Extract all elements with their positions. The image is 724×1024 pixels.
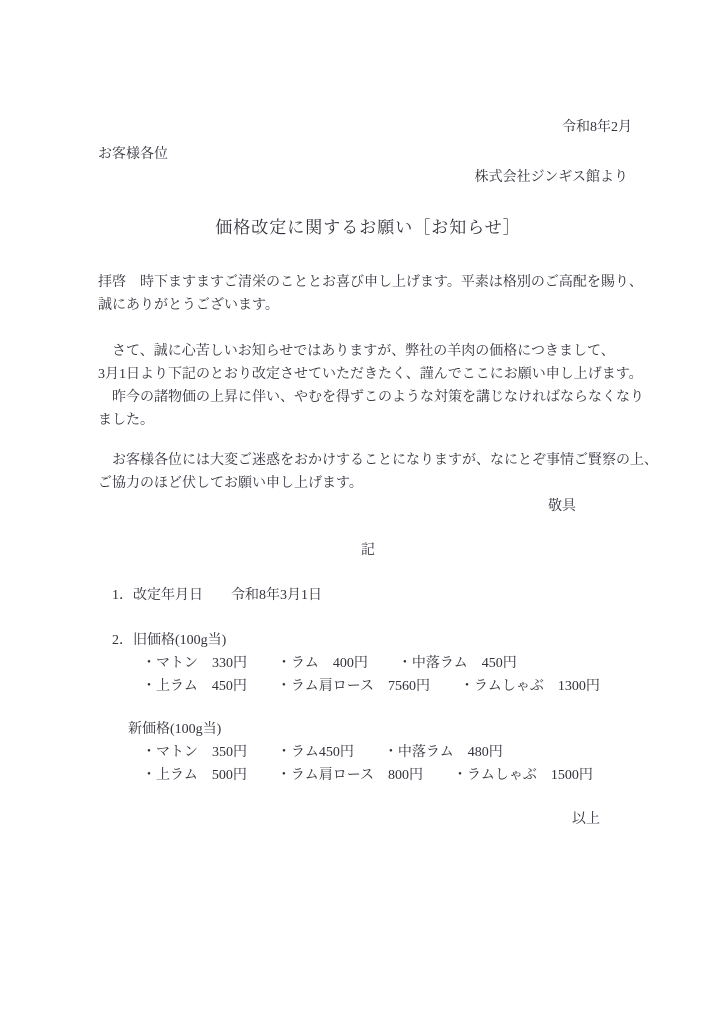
closing-line-2: ご協力のほど伏してお願い申し上げます。 bbox=[98, 472, 638, 495]
record-marker: 記 bbox=[98, 539, 638, 562]
revision-date-value: 令和8年3月1日 bbox=[231, 588, 322, 603]
price-item: ・中落ラム 480円 bbox=[384, 741, 503, 764]
letter-date: 令和8年2月 bbox=[98, 116, 638, 139]
new-price-row-1: ・マトン 350円 ・ラム450円 ・中落ラム 480円 bbox=[98, 741, 638, 764]
new-price-row-2: ・上ラム 500円 ・ラム肩ロース 800円 ・ラムしゃぶ 1500円 bbox=[98, 764, 638, 787]
price-item: ・中落ラム 450円 bbox=[398, 652, 517, 675]
new-price-heading: 新価格(100g当) bbox=[98, 718, 638, 741]
price-item: ・マトン 350円 bbox=[142, 741, 247, 764]
end-word: 以上 bbox=[98, 808, 638, 831]
closing-paragraph: お客様各位には大変ご迷惑をおかけすることになりますが、なにとぞ事情ご賢察の上、 … bbox=[98, 449, 638, 495]
old-price-heading: 2．旧価格(100g当) bbox=[98, 629, 638, 652]
greeting-line-1: 拝啓 時下ますますご清栄のこととお喜び申し上げます。平素は格別のご高配を賜り、 bbox=[98, 271, 638, 294]
body-line-1: さて、誠に心苦しいお知らせではありますが、弊社の羊肉の価格につきまして、 bbox=[98, 340, 638, 363]
price-item: ・ラム450円 bbox=[277, 741, 354, 764]
closing-line-1: お客様各位には大変ご迷惑をおかけすることになりますが、なにとぞ事情ご賢察の上、 bbox=[98, 449, 638, 472]
old-price-section: 2．旧価格(100g当) ・マトン 330円 ・ラム 400円 ・中落ラム 45… bbox=[98, 629, 638, 698]
price-item: ・上ラム 450円 bbox=[142, 675, 247, 698]
old-price-row-2: ・上ラム 450円 ・ラム肩ロース 7560円 ・ラムしゃぶ 1300円 bbox=[98, 675, 638, 698]
price-item: ・ラム肩ロース 7560円 bbox=[277, 675, 430, 698]
revision-date-label: 1．改定年月日 bbox=[112, 588, 203, 603]
price-item: ・ラムしゃぶ 1300円 bbox=[460, 675, 600, 698]
body-paragraph: さて、誠に心苦しいお知らせではありますが、弊社の羊肉の価格につきまして、 3月1… bbox=[98, 340, 638, 432]
sender: 株式会社ジンギス館より bbox=[98, 166, 638, 189]
body-line-3: 昨今の諸物価の上昇に伴い、やむを得ずこのような対策を講じなければならなくなり bbox=[98, 386, 638, 409]
letter-page: 令和8年2月 お客様各位 株式会社ジンギス館より 価格改定に関するお願い［お知ら… bbox=[0, 0, 724, 1024]
document-title: 価格改定に関するお願い［お知らせ］ bbox=[98, 215, 638, 241]
greeting-line-2: 誠にありがとうございます。 bbox=[98, 294, 638, 317]
price-item: ・ラム 400円 bbox=[277, 652, 368, 675]
greeting-paragraph: 拝啓 時下ますますご清栄のこととお喜び申し上げます。平素は格別のご高配を賜り、 … bbox=[98, 271, 638, 317]
price-item: ・ラムしゃぶ 1500円 bbox=[453, 764, 593, 787]
price-item: ・ラム肩ロース 800円 bbox=[277, 764, 423, 787]
revision-date-item: 1．改定年月日令和8年3月1日 bbox=[98, 584, 638, 607]
old-price-row-1: ・マトン 330円 ・ラム 400円 ・中落ラム 450円 bbox=[98, 652, 638, 675]
body-line-4: ました。 bbox=[98, 409, 638, 432]
body-line-2: 3月1日より下記のとおり改定させていただきたく、謹んでここにお願い申し上げます。 bbox=[98, 363, 638, 386]
price-item: ・上ラム 500円 bbox=[142, 764, 247, 787]
new-price-section: 新価格(100g当) ・マトン 350円 ・ラム450円 ・中落ラム 480円 … bbox=[98, 718, 638, 787]
price-item: ・マトン 330円 bbox=[142, 652, 247, 675]
closing-word: 敬具 bbox=[98, 495, 638, 518]
recipient: お客様各位 bbox=[98, 143, 638, 166]
